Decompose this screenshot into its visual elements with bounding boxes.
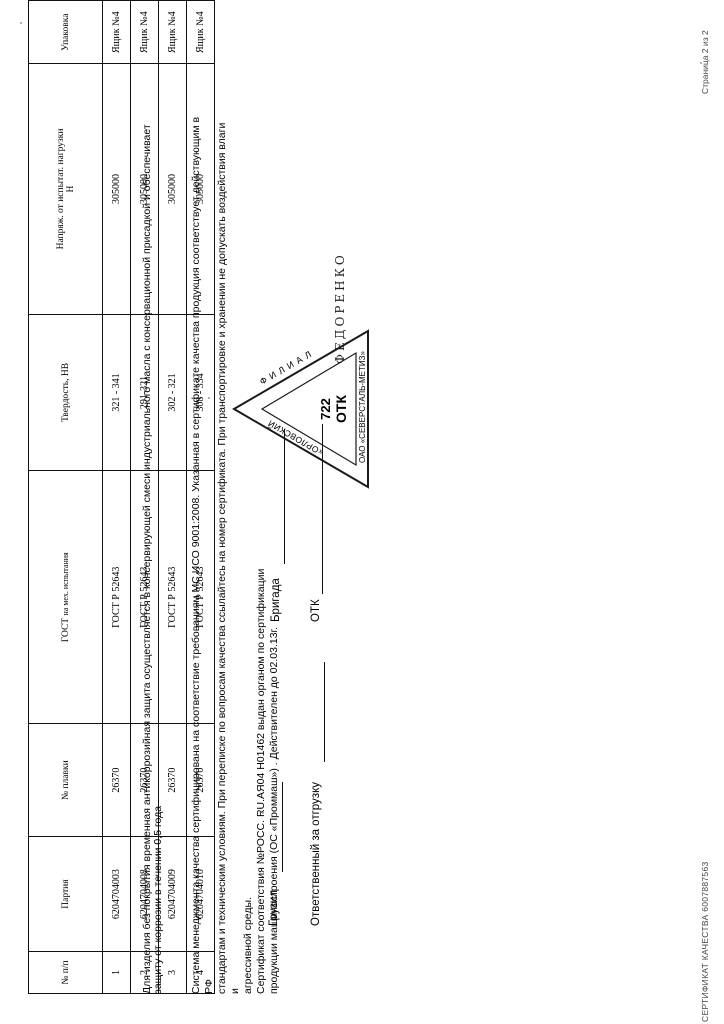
scan-speck bbox=[20, 22, 22, 24]
signature-line-responsible bbox=[324, 662, 325, 762]
cell-melt: 26370 bbox=[103, 724, 131, 837]
header-stress-line1: Напряж. от испытат. нагрузки bbox=[56, 68, 66, 309]
cell-packaging: Ящик №4 bbox=[187, 1, 215, 64]
cell-hardness: 321 - 341 bbox=[103, 314, 131, 471]
footer-page-number: Страница 2 из 2 bbox=[700, 30, 710, 94]
scan-speck bbox=[208, 397, 210, 399]
signature-line-loaded bbox=[282, 782, 283, 872]
svg-text:ОАО «СЕВЕРСТАЛЬ-МЕТИЗ»: ОАО «СЕВЕРСТАЛЬ-МЕТИЗ» bbox=[358, 351, 367, 463]
para-line: продукции машиностроения (ОС «Проммаш») … bbox=[268, 114, 281, 994]
table-row: 1 6204704003 26370 ГОСТ Р 52643 321 - 34… bbox=[103, 1, 131, 994]
cell-packaging: Ящик №4 bbox=[159, 1, 187, 64]
svg-text:ОТК: ОТК bbox=[333, 395, 349, 423]
para-line: стандартам и техническим условиям. При п… bbox=[216, 114, 242, 994]
label-brigade: Бригада bbox=[270, 578, 282, 622]
header-gost-main: ГОСТ bbox=[61, 618, 71, 642]
header-packaging: Упаковка bbox=[29, 1, 103, 64]
para-line: Система менеджмента качества сертифициро… bbox=[190, 114, 216, 994]
cell-gost: ГОСТ Р 52643 bbox=[103, 471, 131, 724]
quality-table: № п/п Партия № плавки ГОСТ на мех. испыт… bbox=[28, 0, 215, 994]
svg-text:722: 722 bbox=[318, 398, 333, 420]
header-num: № п/п bbox=[29, 952, 103, 994]
cell-stress: 305000 bbox=[103, 64, 131, 314]
table-header-row: № п/п Партия № плавки ГОСТ на мех. испыт… bbox=[29, 1, 103, 994]
header-party: Партия bbox=[29, 837, 103, 952]
corrosion-note: Для изделия без покрытия временная антик… bbox=[142, 94, 164, 994]
header-gost-sub: на мех. испытания bbox=[61, 552, 70, 615]
header-melt: № плавки bbox=[29, 724, 103, 837]
header-stress: Напряж. от испытат. нагрузки Н bbox=[29, 64, 103, 314]
para-line: Сертификат соответствия №РОСС. RU.АЯ04 Н… bbox=[255, 114, 268, 994]
header-stress-line2: Н bbox=[66, 68, 76, 309]
cell-packaging: Ящик №4 bbox=[131, 1, 159, 64]
label-otk: ОТК bbox=[310, 599, 322, 622]
handwritten-name: ФЕДОРЕНКО bbox=[333, 252, 347, 364]
svg-text:«ОРЛОВСКИЙ: «ОРЛОВСКИЙ bbox=[265, 418, 325, 459]
scan-speck bbox=[262, 812, 264, 814]
stamp-triangle-icon: ОТК 722 «ОРЛОВСКИЙ ФИЛИАЛ ОАО «СЕВЕРСТАЛ… bbox=[232, 329, 370, 489]
certificate-page: № п/п Партия № плавки ГОСТ на мех. испыт… bbox=[0, 0, 724, 1024]
label-loaded: Грузил bbox=[268, 890, 280, 926]
para-line: агрессивной среды. bbox=[242, 114, 255, 994]
cell-num: 1 bbox=[103, 952, 131, 994]
header-hardness: Твердость, НВ bbox=[29, 314, 103, 471]
certification-paragraph: Система менеджмента качества сертифициро… bbox=[190, 114, 281, 994]
header-gost: ГОСТ на мех. испытания bbox=[29, 471, 103, 724]
label-responsible: Ответственный за отгрузку bbox=[310, 782, 322, 926]
cell-party: 6204704003 bbox=[103, 837, 131, 952]
footer-certificate-number: СЕРТИФИКАТ КАЧЕСТВА 6007887563 bbox=[700, 861, 710, 1022]
cell-packaging: Ящик №4 bbox=[103, 1, 131, 64]
otk-stamp: ОТК 722 «ОРЛОВСКИЙ ФИЛИАЛ ОАО «СЕВЕРСТАЛ… bbox=[232, 329, 370, 489]
